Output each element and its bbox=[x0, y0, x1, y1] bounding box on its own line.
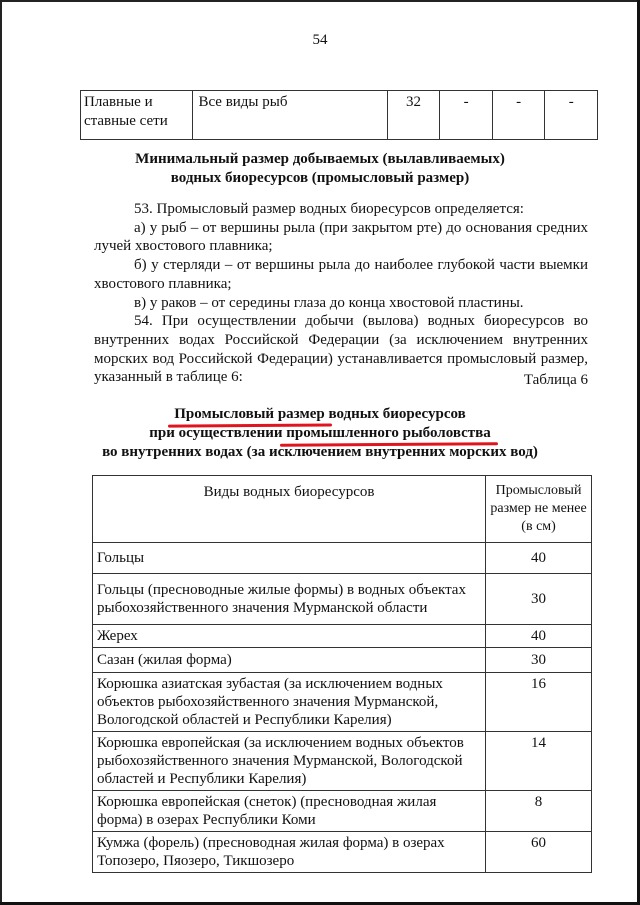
table-row: Сазан (жилая форма)30 bbox=[93, 648, 592, 673]
species-cell: Гольцы bbox=[93, 543, 486, 574]
paragraph-54: 54. При осуществлении добычи (вылова) во… bbox=[94, 312, 588, 387]
species-cell: Сазан (жилая форма) bbox=[93, 648, 486, 673]
section-title: Минимальный размер добываемых (вылавлива… bbox=[0, 150, 640, 188]
table-6: Виды водных биоресурсов Промысловый разм… bbox=[92, 475, 592, 873]
section-title-line: Минимальный размер добываемых (вылавлива… bbox=[0, 150, 640, 169]
table-body: Гольцы40Гольцы (пресноводные жилые формы… bbox=[93, 543, 592, 873]
table-title-line: Промысловый размер водных биоресурсов bbox=[0, 405, 640, 424]
header-species: Виды водных биоресурсов bbox=[93, 476, 486, 543]
paragraph-53a: а) у рыб – от вершины рыла (при закрытом… bbox=[94, 219, 588, 256]
table-title-line: при осуществлении промышленного рыболовс… bbox=[0, 424, 640, 443]
species-cell: Кумжа (форель) (пресноводная жилая форма… bbox=[93, 832, 486, 873]
paragraph-53: 53. Промысловый размер водных биоресурсо… bbox=[94, 200, 588, 219]
size-cell: 8 bbox=[486, 791, 592, 832]
species-cell: Все виды рыб bbox=[193, 91, 387, 140]
species-cell: Гольцы (пресноводные жилые формы) в водн… bbox=[93, 574, 486, 625]
highlighted-text: промышленного рыболовства bbox=[286, 425, 490, 441]
table-row: Гольцы (пресноводные жилые формы) в водн… bbox=[93, 574, 592, 625]
table-row: Кумжа (форель) (пресноводная жилая форма… bbox=[93, 832, 592, 873]
size-cell: 40 bbox=[486, 543, 592, 574]
scan-edge-top bbox=[0, 0, 640, 2]
highlighted-text: Промысловый размер bbox=[174, 406, 324, 422]
body-text: 53. Промысловый размер водных биоресурсо… bbox=[94, 200, 588, 387]
paragraph-53b: б) у стерляди – от вершины рыла до наибо… bbox=[94, 256, 588, 293]
highlighted-phrase: промышленного рыболовства bbox=[286, 424, 490, 443]
size-cell: 30 bbox=[486, 574, 592, 625]
size-cell: 14 bbox=[486, 732, 592, 791]
title-text: водных биоресурсов bbox=[325, 406, 466, 422]
table-title: Промысловый размер водных биоресурсов пр… bbox=[0, 405, 640, 462]
table-row: Корюшка азиатская зубастая (за исключени… bbox=[93, 673, 592, 732]
table-row: Плавные и ставные сети Все виды рыб 32 -… bbox=[81, 91, 598, 140]
species-cell: Корюшка европейская (снеток) (пресноводн… bbox=[93, 791, 486, 832]
value-cell: - bbox=[440, 91, 493, 140]
table-row: Корюшка европейская (снеток) (пресноводн… bbox=[93, 791, 592, 832]
header-size: Промысловый размер не менее (в см) bbox=[486, 476, 592, 543]
table-caption: Таблица 6 bbox=[524, 372, 588, 389]
table-row: Жерех40 bbox=[93, 625, 592, 648]
size-cell: 16 bbox=[486, 673, 592, 732]
size-cell: 60 bbox=[486, 832, 592, 873]
gear-cell: Плавные и ставные сети bbox=[81, 91, 193, 140]
page-number: 54 bbox=[0, 32, 640, 49]
value-cell: 32 bbox=[387, 91, 440, 140]
size-cell: 40 bbox=[486, 625, 592, 648]
species-cell: Корюшка европейская (за исключением водн… bbox=[93, 732, 486, 791]
table-row: Гольцы40 bbox=[93, 543, 592, 574]
table-row: Корюшка европейская (за исключением водн… bbox=[93, 732, 592, 791]
continued-table: Плавные и ставные сети Все виды рыб 32 -… bbox=[80, 90, 598, 140]
table-header-row: Виды водных биоресурсов Промысловый разм… bbox=[93, 476, 592, 543]
species-cell: Корюшка азиатская зубастая (за исключени… bbox=[93, 673, 486, 732]
highlighted-phrase: Промысловый размер bbox=[174, 405, 324, 424]
section-title-line: водных биоресурсов (промысловый размер) bbox=[0, 169, 640, 188]
paragraph-53c: в) у раков – от середины глаза до конца … bbox=[94, 294, 588, 313]
species-cell: Жерех bbox=[93, 625, 486, 648]
value-cell: - bbox=[545, 91, 598, 140]
size-cell: 30 bbox=[486, 648, 592, 673]
value-cell: - bbox=[492, 91, 545, 140]
